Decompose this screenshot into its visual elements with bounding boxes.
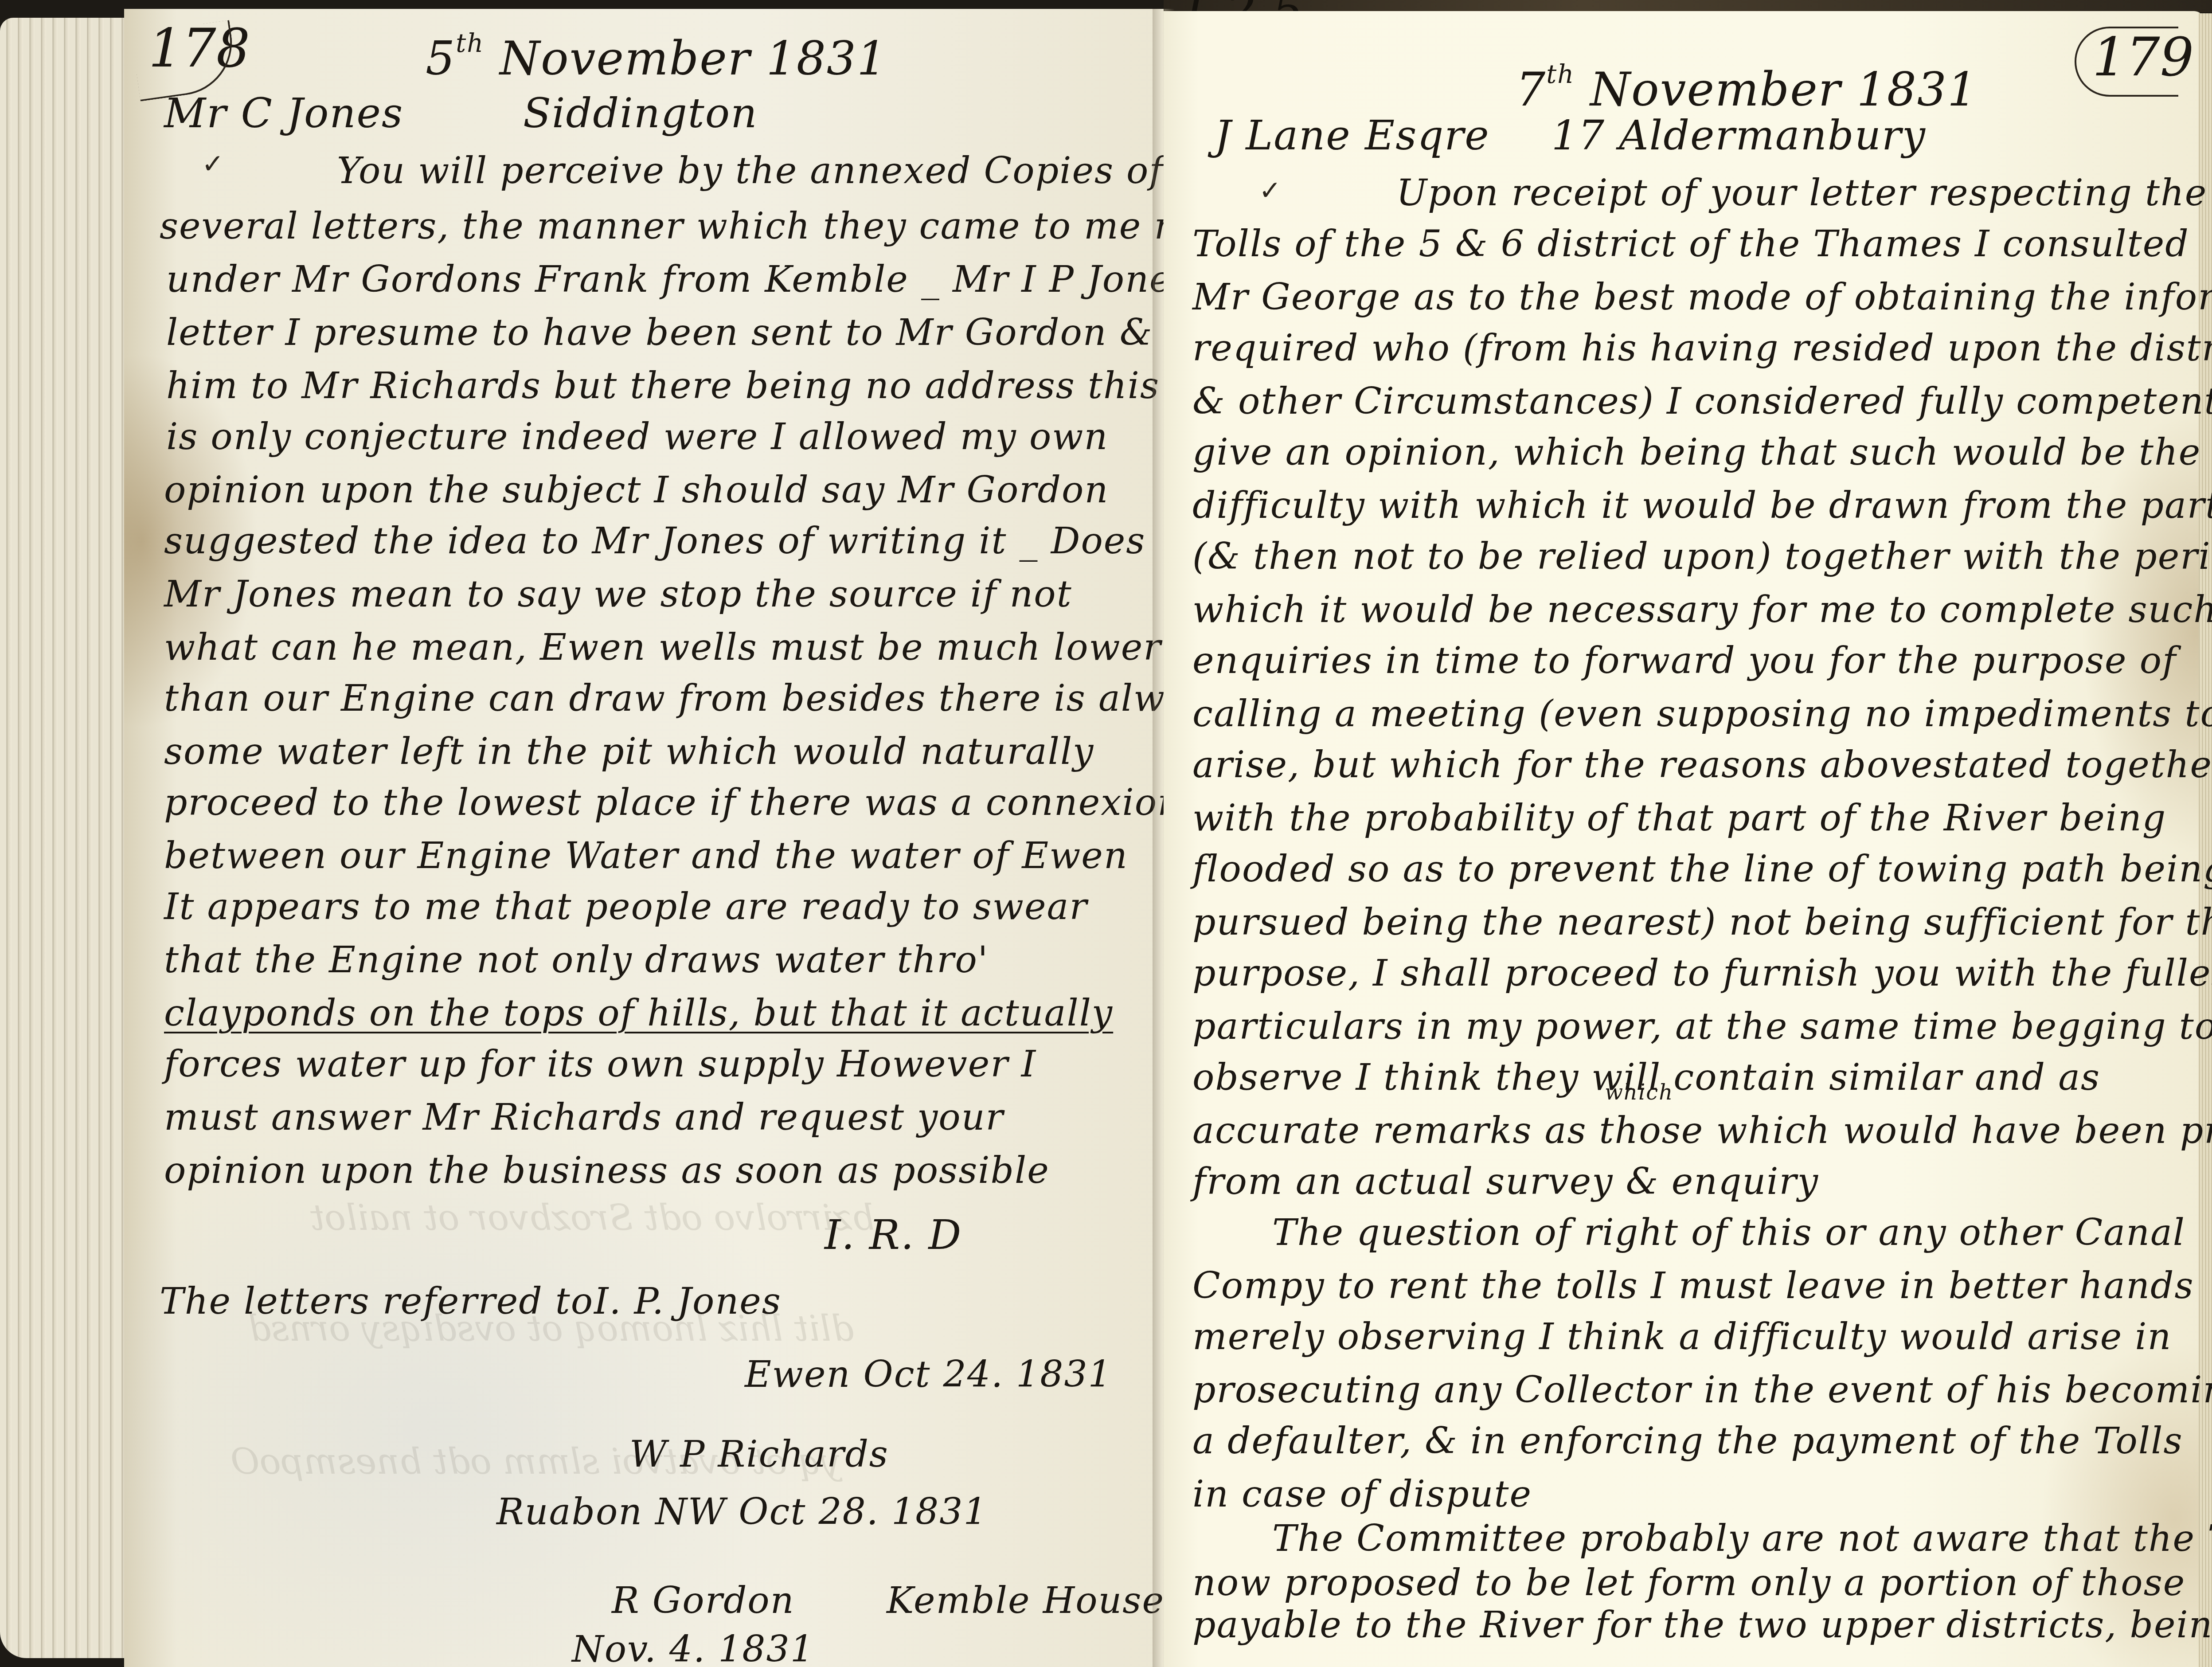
- right-line-25: a defaulter, & in enforcing the payment …: [1192, 1423, 2183, 1460]
- left-line-9: Mr Jones mean to say we stop the source …: [164, 576, 1072, 613]
- left-line-5: him to Mr Richards but there being no ad…: [166, 368, 1160, 404]
- left-line-6: is only conjecture indeed were I allowed…: [166, 419, 1108, 455]
- right-line-19: accurate remarks as those which would ha…: [1192, 1113, 2212, 1149]
- right-line-11: calling a meeting (even supposing no imp…: [1192, 696, 2212, 732]
- right-place: 17 Aldermanbury: [1552, 115, 1926, 156]
- left-line-2: several letters, the manner which they c…: [160, 208, 1293, 245]
- right-line-6: give an opinion, which being that such w…: [1192, 434, 2201, 471]
- left-addressee: Mr C Jones: [164, 93, 403, 134]
- left-place: Siddington: [523, 93, 758, 134]
- right-line-8: (& then not to be relied upon) together …: [1192, 539, 2212, 575]
- right-line-15: pursued being the nearest) not being suf…: [1192, 904, 2212, 941]
- right-date: 7th November 1831: [1516, 62, 1978, 113]
- right-line-24: prosecuting any Collector in the event o…: [1192, 1372, 2212, 1409]
- right-line-12: arise, but which for the reasons abovest…: [1192, 747, 2212, 783]
- interlinear-insertion: which: [1605, 1082, 1673, 1103]
- referred-letter-place: Kemble House: [887, 1583, 1165, 1619]
- right-line-2: Tolls of the 5 & 6 district of the Thame…: [1192, 226, 2189, 262]
- bleed-through-text: bzirrolvo odt Srozbvor ot nailot: [310, 1197, 875, 1238]
- date-day: 5: [426, 31, 456, 86]
- right-line-26: in case of dispute: [1192, 1476, 1532, 1513]
- left-line-14: between our Engine Water and the water o…: [164, 838, 1128, 874]
- check-mark-icon: ✓: [1259, 175, 1281, 206]
- referred-letter-date: Nov. 4. 1831: [572, 1632, 814, 1667]
- left-line-3: under Mr Gordons Frank from Kemble _ Mr …: [166, 262, 1192, 298]
- right-addressee: J Lane Esqre: [1215, 115, 1490, 156]
- right-line-4: required who (from his having resided up…: [1192, 330, 2212, 367]
- left-line-4: letter I presume to have been sent to Mr…: [166, 315, 1211, 351]
- right-line-21: The question of right of this or any oth…: [1272, 1215, 2185, 1251]
- right-line-5: & other Circumstances) I considered full…: [1192, 383, 2212, 420]
- referred-letter-place-date: Ewen Oct 24. 1831: [745, 1357, 1112, 1393]
- left-line-15: It appears to me that people are ready t…: [164, 889, 1088, 925]
- left-line-7: opinion upon the subject I should say Mr…: [164, 472, 1109, 509]
- left-line-20: opinion upon the business as soon as pos…: [164, 1153, 1050, 1189]
- referred-letter-name: W P Richards: [629, 1436, 889, 1473]
- right-line-3: Mr George as to the best mode of obtaini…: [1192, 279, 2212, 316]
- right-line-7: difficulty with which it would be drawn …: [1192, 488, 2212, 524]
- right-line-28: now proposed to be let form only a porti…: [1192, 1565, 2185, 1601]
- signature-IRD: I. R. D: [825, 1215, 962, 1256]
- left-line-12: some water left in the pit which would n…: [164, 734, 1094, 770]
- left-line-16: that the Engine not only draws water thr…: [164, 942, 989, 978]
- right-line-23: merely observing I think a difficulty wo…: [1192, 1319, 2172, 1355]
- left-date: 5th November 1831: [426, 31, 887, 82]
- date-day: 7: [1516, 63, 1546, 117]
- right-line-16: purpose, I shall proceed to furnish you …: [1192, 955, 2212, 992]
- right-line-29: payable to the River for the two upper d…: [1192, 1607, 2212, 1644]
- left-line-18: forces water up for its own supply Howev…: [164, 1046, 1036, 1083]
- right-line-20: from an actual survey & enquiry: [1192, 1164, 1819, 1200]
- letters-referred-intro: The letters referred to: [160, 1284, 594, 1320]
- right-line-9: which it would be necessary for me to co…: [1192, 592, 2212, 628]
- left-line-13: proceed to the lowest place if there was…: [164, 785, 1182, 821]
- left-line-17: clayponds on the tops of hills, but that…: [164, 995, 1113, 1032]
- right-line-13: with the probability of that part of the…: [1192, 800, 2166, 837]
- page-number-left: 178: [149, 18, 250, 79]
- date-month-year: November 1831: [1590, 63, 1978, 117]
- right-line-27: The Committee probably are not aware tha…: [1272, 1521, 2212, 1557]
- book-top-edge: [1164, 0, 2212, 12]
- left-line-10: what can he mean, Ewen wells must be muc…: [164, 630, 1162, 666]
- page-number-right: 179: [2092, 27, 2194, 88]
- date-suffix: th: [1546, 60, 1575, 89]
- left-line-11: than our Engine can draw from besides th…: [164, 681, 1229, 717]
- left-line-19: must answer Mr Richards and request your: [164, 1100, 1004, 1136]
- right-line-17: particulars in my power, at the same tim…: [1192, 1009, 2212, 1045]
- right-line-14: flooded so as to prevent the line of tow…: [1192, 851, 2212, 888]
- check-mark-icon: ✓: [202, 149, 224, 180]
- right-page-edges: [2199, 13, 2212, 1667]
- date-suffix: th: [456, 29, 484, 58]
- date-month-year: November 1831: [500, 31, 887, 86]
- referred-letter-place-date: Ruabon NW Oct 28. 1831: [496, 1494, 988, 1530]
- page-edges-stack: [0, 18, 133, 1658]
- right-line-1: Upon receipt of your letter respecting t…: [1396, 175, 2207, 211]
- right-line-22: Compy to rent the tolls I must leave in …: [1192, 1268, 2194, 1304]
- referred-letter-name: I. P. Jones: [594, 1284, 782, 1320]
- referred-letter-name: R Gordon: [612, 1583, 795, 1619]
- left-line-1: You will perceive by the annexed Copies …: [337, 153, 1164, 189]
- right-line-10: enquiries in time to forward you for the…: [1192, 643, 2177, 679]
- left-line-8: suggested the idea to Mr Jones of writin…: [164, 523, 1145, 560]
